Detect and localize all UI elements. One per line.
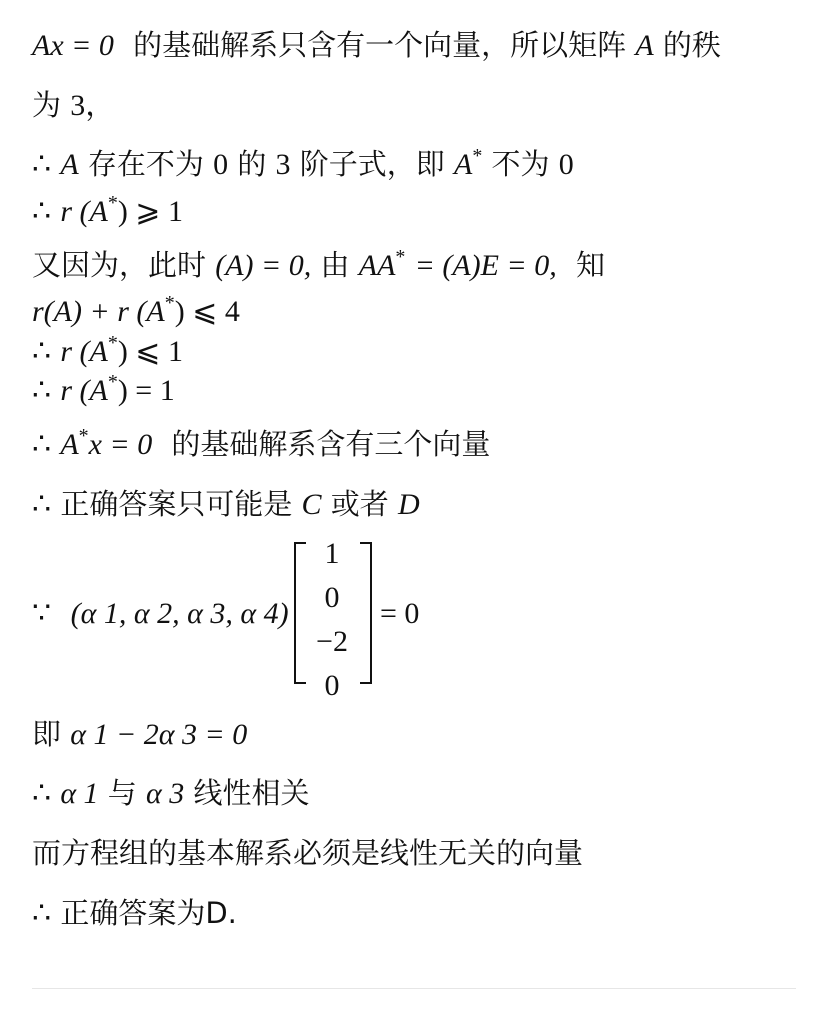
adjugate-superscript: * xyxy=(165,292,175,314)
text-segment: 正确答案只可能是 xyxy=(60,487,292,521)
therefore-symbol: ∴ xyxy=(32,777,51,810)
text-segment: 即 xyxy=(32,717,61,751)
text-segment: 不为 xyxy=(492,147,550,181)
solution-line: ∴ r (A*) ⩾ 1 xyxy=(32,193,183,230)
vector-entry: 1 xyxy=(304,532,360,576)
math-expression: A xyxy=(60,148,78,181)
math-expression: A xyxy=(60,428,78,461)
math-expression: 0 xyxy=(213,148,228,181)
math-expression: AA xyxy=(359,249,396,282)
text-segment: 存在不为 xyxy=(88,147,204,181)
math-expression: r (A xyxy=(60,195,108,228)
text-segment: 的基础解系含有三个向量 xyxy=(171,427,490,461)
math-expression: r (A xyxy=(60,374,108,407)
adjugate-superscript: * xyxy=(108,332,118,354)
text-segment: 为 xyxy=(32,88,61,122)
text-segment: 的基础解系只含有一个向量，所以矩阵 xyxy=(133,28,626,62)
matrix-left-side: ∵ (α 1, α 2, α 3, α 4) xyxy=(32,596,289,632)
math-expression: A xyxy=(635,29,653,62)
therefore-symbol: ∴ xyxy=(32,148,51,181)
text-segment: 阶子式，即 xyxy=(300,147,445,181)
text-segment: 由 xyxy=(321,248,350,282)
therefore-symbol: ∴ xyxy=(32,897,51,930)
math-expression: = 0 xyxy=(380,597,419,630)
adjugate-superscript: * xyxy=(108,192,118,214)
text-segment: 正确答案为D. xyxy=(60,896,237,930)
solution-line: 又因为，此时 (A) = 0, 由 AA* = (A)E = 0, 知 xyxy=(32,247,605,284)
therefore-symbol: ∴ xyxy=(32,335,51,368)
solution-line: Ax = 0 的基础解系只含有一个向量，所以矩阵 A 的秩 xyxy=(32,27,721,64)
adjugate-superscript: * xyxy=(108,371,118,393)
therefore-symbol: ∴ xyxy=(32,374,51,407)
therefore-symbol: ∴ xyxy=(32,195,51,228)
math-expression: A xyxy=(454,148,472,181)
solution-line: ∴ r (A*) = 1 xyxy=(32,372,175,409)
solution-line: ∴ A*x = 0 的基础解系含有三个向量 xyxy=(32,426,490,463)
solution-line: ∴ α 1 与 α 3 线性相关 xyxy=(32,775,310,812)
adjugate-superscript: * xyxy=(79,425,89,447)
matrix-equation: ∵ (α 1, α 2, α 3, α 4) 1 0 −2 0 = 0 xyxy=(32,536,532,696)
matrix-right-side: = 0 xyxy=(380,596,419,632)
math-expression: α 1 xyxy=(60,777,98,810)
text-segment: 知 xyxy=(576,248,605,282)
vector-entry: 0 xyxy=(304,664,360,708)
solution-line: ∴ r (A*) ⩽ 1 xyxy=(32,333,183,370)
text-segment: 而方程组的基本解系必须是线性无关的向量 xyxy=(32,836,583,870)
math-expression: 3 xyxy=(70,89,85,122)
math-expression: ) ⩽ 1 xyxy=(118,335,183,368)
math-expression: 0 xyxy=(559,148,574,181)
text-segment: 又因为，此时 xyxy=(32,248,206,282)
adjugate-superscript: * xyxy=(395,246,405,268)
math-expression: (A) = 0, xyxy=(215,249,311,282)
solution-line: 为 3， xyxy=(32,87,115,124)
math-expression: ) = 1 xyxy=(118,374,175,407)
solution-line: 即 α 1 − 2α 3 = 0 xyxy=(32,716,247,753)
math-expression: = (A)E = 0, xyxy=(415,249,557,282)
adjugate-superscript: * xyxy=(472,145,482,167)
text-segment: 的秩 xyxy=(663,28,721,62)
text-segment: 线性相关 xyxy=(193,776,309,810)
vector-entry: 0 xyxy=(304,576,360,620)
text-segment: 与 xyxy=(108,776,137,810)
solution-line: ∴ 正确答案为D. xyxy=(32,895,237,932)
solution-line: ∴ 正确答案只可能是 C 或者 D xyxy=(32,486,420,523)
math-expression: ) ⩾ 1 xyxy=(118,195,183,228)
divider xyxy=(32,988,796,989)
math-expression: x = 0 xyxy=(89,428,153,461)
right-bracket xyxy=(360,542,372,684)
text-segment: ， xyxy=(85,89,115,122)
solution-line: ∴ A 存在不为 0 的 3 阶子式，即 A* 不为 0 xyxy=(32,146,574,183)
math-expression: Ax = 0 xyxy=(32,29,114,62)
math-expression: C xyxy=(302,488,322,521)
math-expression: α 1 − 2α 3 = 0 xyxy=(70,718,247,751)
column-vector: 1 0 −2 0 xyxy=(304,532,360,708)
math-expression: r(A) + r (A xyxy=(32,295,165,328)
because-symbol: ∵ xyxy=(32,597,51,630)
text-segment: 或者 xyxy=(331,487,389,521)
therefore-symbol: ∴ xyxy=(32,488,51,521)
math-expression: D xyxy=(398,488,420,521)
therefore-symbol: ∴ xyxy=(32,428,51,461)
math-expression: (α 1, α 2, α 3, α 4) xyxy=(71,597,289,630)
solution-line: r(A) + r (A*) ⩽ 4 xyxy=(32,293,240,330)
math-expression: r (A xyxy=(60,335,108,368)
vector-entry: −2 xyxy=(304,620,360,664)
text-segment: 的 xyxy=(237,147,266,181)
math-expression: 3 xyxy=(276,148,291,181)
math-expression: α 3 xyxy=(146,777,184,810)
solution-line: 而方程组的基本解系必须是线性无关的向量 xyxy=(32,835,583,871)
math-expression: ) ⩽ 4 xyxy=(175,295,240,328)
